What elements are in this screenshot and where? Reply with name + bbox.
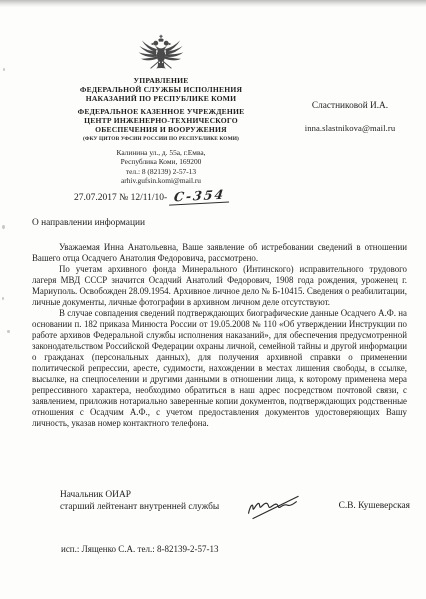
department-line: НАКАЗАНИЙ ПО РЕСПУБЛИКЕ КОМИ bbox=[52, 95, 270, 104]
letter-body: Уважаемая Инна Анатольевна, Ваше заявлен… bbox=[32, 242, 407, 429]
recipient-email: inna.slastnikova@mail.ru bbox=[281, 123, 419, 133]
signer-name: С.В. Кушеверская bbox=[339, 501, 410, 513]
body-paragraph: Уважаемая Инна Анатольевна, Ваше заявлен… bbox=[32, 242, 407, 264]
letterhead-email: arhiv.gufsin.komi@mail.ru bbox=[52, 176, 270, 185]
address-line: тел.: 8 (82139) 2-57-13 bbox=[52, 167, 270, 176]
address-line: Калинина ул., д. 55а, г.Емва, bbox=[52, 148, 270, 157]
signature-block: Начальник ОИАР старший лейтенант внутрен… bbox=[60, 490, 416, 514]
subject-line: О направлении информации bbox=[32, 218, 145, 228]
fsin-double-headed-eagle-icon bbox=[137, 34, 185, 74]
scan-artifact-speck bbox=[3, 68, 5, 71]
recipient-block: Сластниковой И.А. inna.slastnikova@mail.… bbox=[281, 101, 419, 133]
institution-abbreviation: (ФКУ ЦИТОВ УФСИН РОССИИ ПО РЕСПУБЛИКЕ КО… bbox=[52, 136, 270, 142]
scan-artifact-speck bbox=[7, 330, 10, 333]
reference-line: 27.07.2017 № 12/11/10- С-354 bbox=[74, 188, 230, 204]
handwritten-signature-icon bbox=[245, 493, 307, 521]
scan-artifact-top-band bbox=[0, 0, 426, 7]
letterhead: УПРАВЛЕНИЕ ФЕДЕРАЛЬНОЙ СЛУЖБЫ ИСПОЛНЕНИЯ… bbox=[52, 34, 270, 185]
body-paragraph: В случае совпадения сведений подтверждаю… bbox=[32, 308, 407, 429]
scan-artifact-speck bbox=[2, 297, 4, 300]
scan-artifact-speck bbox=[2, 225, 5, 229]
body-paragraph: По учетам архивного фонда Минерального (… bbox=[32, 264, 407, 308]
recipient-name: Сластниковой И.А. bbox=[281, 101, 419, 111]
reference-date-number: 27.07.2017 № 12/11/10- bbox=[74, 193, 167, 203]
handwritten-case-number: С-354 bbox=[169, 186, 231, 205]
executor-line: исп.: Лященко С.А. тел.: 8-82139-2-57-13 bbox=[61, 544, 218, 554]
address-line: Республика Коми, 169200 bbox=[52, 157, 270, 166]
scanned-letter-page: УПРАВЛЕНИЕ ФЕДЕРАЛЬНОЙ СЛУЖБЫ ИСПОЛНЕНИЯ… bbox=[0, 0, 426, 599]
institution-line: ОБЕСПЕЧЕНИЯ И ВООРУЖЕНИЯ bbox=[52, 126, 270, 135]
